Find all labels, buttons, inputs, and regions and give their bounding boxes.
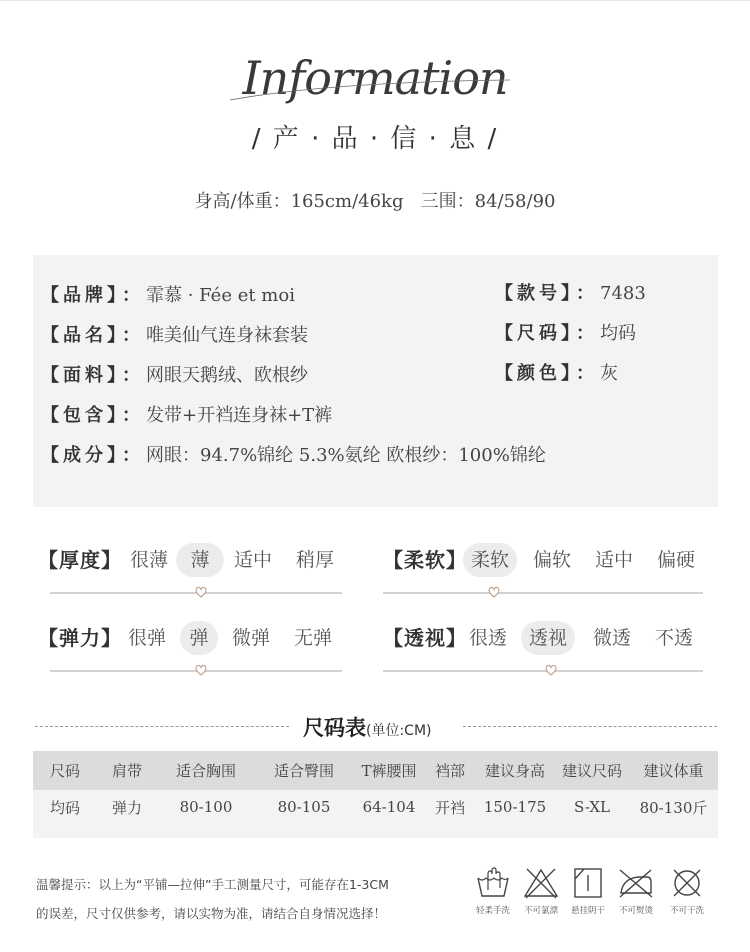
attribute-label: 【厚度】 [38, 543, 122, 577]
care-no-dry-clean: 不可干洗 [662, 866, 712, 916]
product-info-box: 【品牌】：霏慕 · Fée et moi 【品名】：唯美仙气连身袜套装 【面料】… [33, 255, 718, 507]
column-header: 尺码 [33, 751, 97, 790]
attribute-elasticity: 【弹力】 很弹 弹 微弹 无弹 [38, 621, 343, 681]
column-header: 适合臀围 [255, 751, 353, 790]
attribute-label: 【弹力】 [38, 621, 122, 655]
hang-dry-shade-icon [569, 866, 607, 900]
option: 微透 [585, 621, 639, 655]
table-cell: 80-100 [157, 790, 255, 838]
info-fabric: 【面料】：网眼天鹅绒、欧根纱 [41, 363, 308, 389]
measurement-tip: 温馨提示：以上为“平铺—拉伸”手工测量尺寸，可能存在1-3CM 的误差，尺寸仅供… [36, 870, 456, 928]
option-selected: 透视 [521, 621, 575, 655]
column-header: T裤腰围 [353, 751, 425, 790]
tip-line: 温馨提示：以上为“平铺—拉伸”手工测量尺寸，可能存在1-3CM [36, 870, 456, 899]
option-selected: 薄 [176, 543, 224, 577]
no-bleach-icon [522, 866, 560, 900]
attribute-label: 【柔软】 [383, 543, 467, 577]
column-header: 裆部 [425, 751, 475, 790]
column-header: 建议身高 [475, 751, 555, 790]
heart-marker-icon [194, 585, 208, 599]
table-cell: 弹力 [97, 790, 157, 838]
info-product-name: 【品名】：唯美仙气连身袜套装 [41, 323, 308, 349]
attribute-label: 【透视】 [383, 621, 467, 655]
option: 很薄 [122, 543, 176, 577]
table-cell: 均码 [33, 790, 97, 838]
info-style-number: 【款号】：7483 [495, 281, 646, 307]
care-no-iron: 不可熨烫 [611, 866, 661, 916]
option: 很弹 [120, 621, 174, 655]
option: 稍厚 [288, 543, 342, 577]
information-script-logo: Information [210, 42, 540, 122]
no-iron-icon [617, 866, 655, 900]
heart-marker-icon [487, 585, 501, 599]
attribute-thickness: 【厚度】 很薄 薄 适中 稍厚 [38, 543, 343, 603]
info-brand: 【品牌】：霏慕 · Fée et moi [41, 283, 295, 309]
option: 适中 [587, 543, 641, 577]
info-includes: 【包含】：发带+开裆连身袜+T裤 [41, 403, 332, 429]
heart-marker-icon [544, 663, 558, 677]
info-size: 【尺码】：均码 [495, 321, 636, 347]
option: 无弹 [286, 621, 340, 655]
table-cell: 开裆 [425, 790, 475, 838]
scale-track [383, 592, 703, 594]
top-divider [0, 0, 750, 1]
table-cell: 64-104 [353, 790, 425, 838]
size-chart-table: 尺码 肩带 适合胸围 适合臀围 T裤腰围 裆部 建议身高 建议尺码 建议体重 均… [33, 751, 718, 838]
attribute-softness: 【柔软】 柔软 偏软 适中 偏硬 [383, 543, 705, 603]
option: 很透 [461, 621, 515, 655]
column-header: 建议尺码 [555, 751, 629, 790]
size-chart-title: 尺码表(单位:CM) [303, 712, 432, 742]
hand-wash-icon [474, 866, 512, 900]
option: 微弹 [224, 621, 278, 655]
option: 适中 [226, 543, 280, 577]
table-cell: 80-130斤 [629, 790, 718, 838]
care-no-bleach: 不可氯漂 [516, 866, 566, 916]
script-title: Information [0, 42, 750, 122]
no-dry-clean-icon [668, 866, 706, 900]
option: 不透 [647, 621, 701, 655]
info-color: 【颜色】：灰 [495, 361, 618, 387]
care-hand-wash: 轻柔手洗 [468, 866, 518, 916]
attribute-sheerness: 【透视】 很透 透视 微透 不透 [383, 621, 705, 681]
tip-line: 的误差，尺寸仅供参考，请以实物为准，请结合自身情况选择！ [36, 899, 456, 928]
scale-track [383, 670, 703, 672]
option: 偏硬 [649, 543, 703, 577]
model-measurements: 身高/体重：165cm/46kg 三围：84/58/90 [0, 187, 750, 213]
option-selected: 柔软 [463, 543, 517, 577]
table-row: 均码 弹力 80-100 80-105 64-104 开裆 150-175 S-… [33, 790, 718, 838]
option: 偏软 [525, 543, 579, 577]
table-cell: 80-105 [255, 790, 353, 838]
dashed-divider [463, 726, 717, 727]
table-cell: S-XL [555, 790, 629, 838]
size-chart-heading: 尺码表(单位:CM) [35, 712, 717, 742]
table-header-row: 尺码 肩带 适合胸围 适合臀围 T裤腰围 裆部 建议身高 建议尺码 建议体重 [33, 751, 718, 790]
table-cell: 150-175 [475, 790, 555, 838]
column-header: 建议体重 [629, 751, 718, 790]
heart-marker-icon [194, 663, 208, 677]
column-header: 适合胸围 [157, 751, 255, 790]
care-hang-dry: 悬挂阴干 [563, 866, 613, 916]
info-composition: 【成分】：网眼：94.7%锦纶 5.3%氨纶 欧根纱：100%锦纶 [41, 443, 546, 469]
section-title: / 产 · 品 · 信 · 息 / [0, 118, 750, 155]
option-selected: 弹 [180, 621, 218, 655]
column-header: 肩带 [97, 751, 157, 790]
svg-text:Information: Information [241, 51, 507, 105]
dashed-divider [35, 726, 289, 727]
